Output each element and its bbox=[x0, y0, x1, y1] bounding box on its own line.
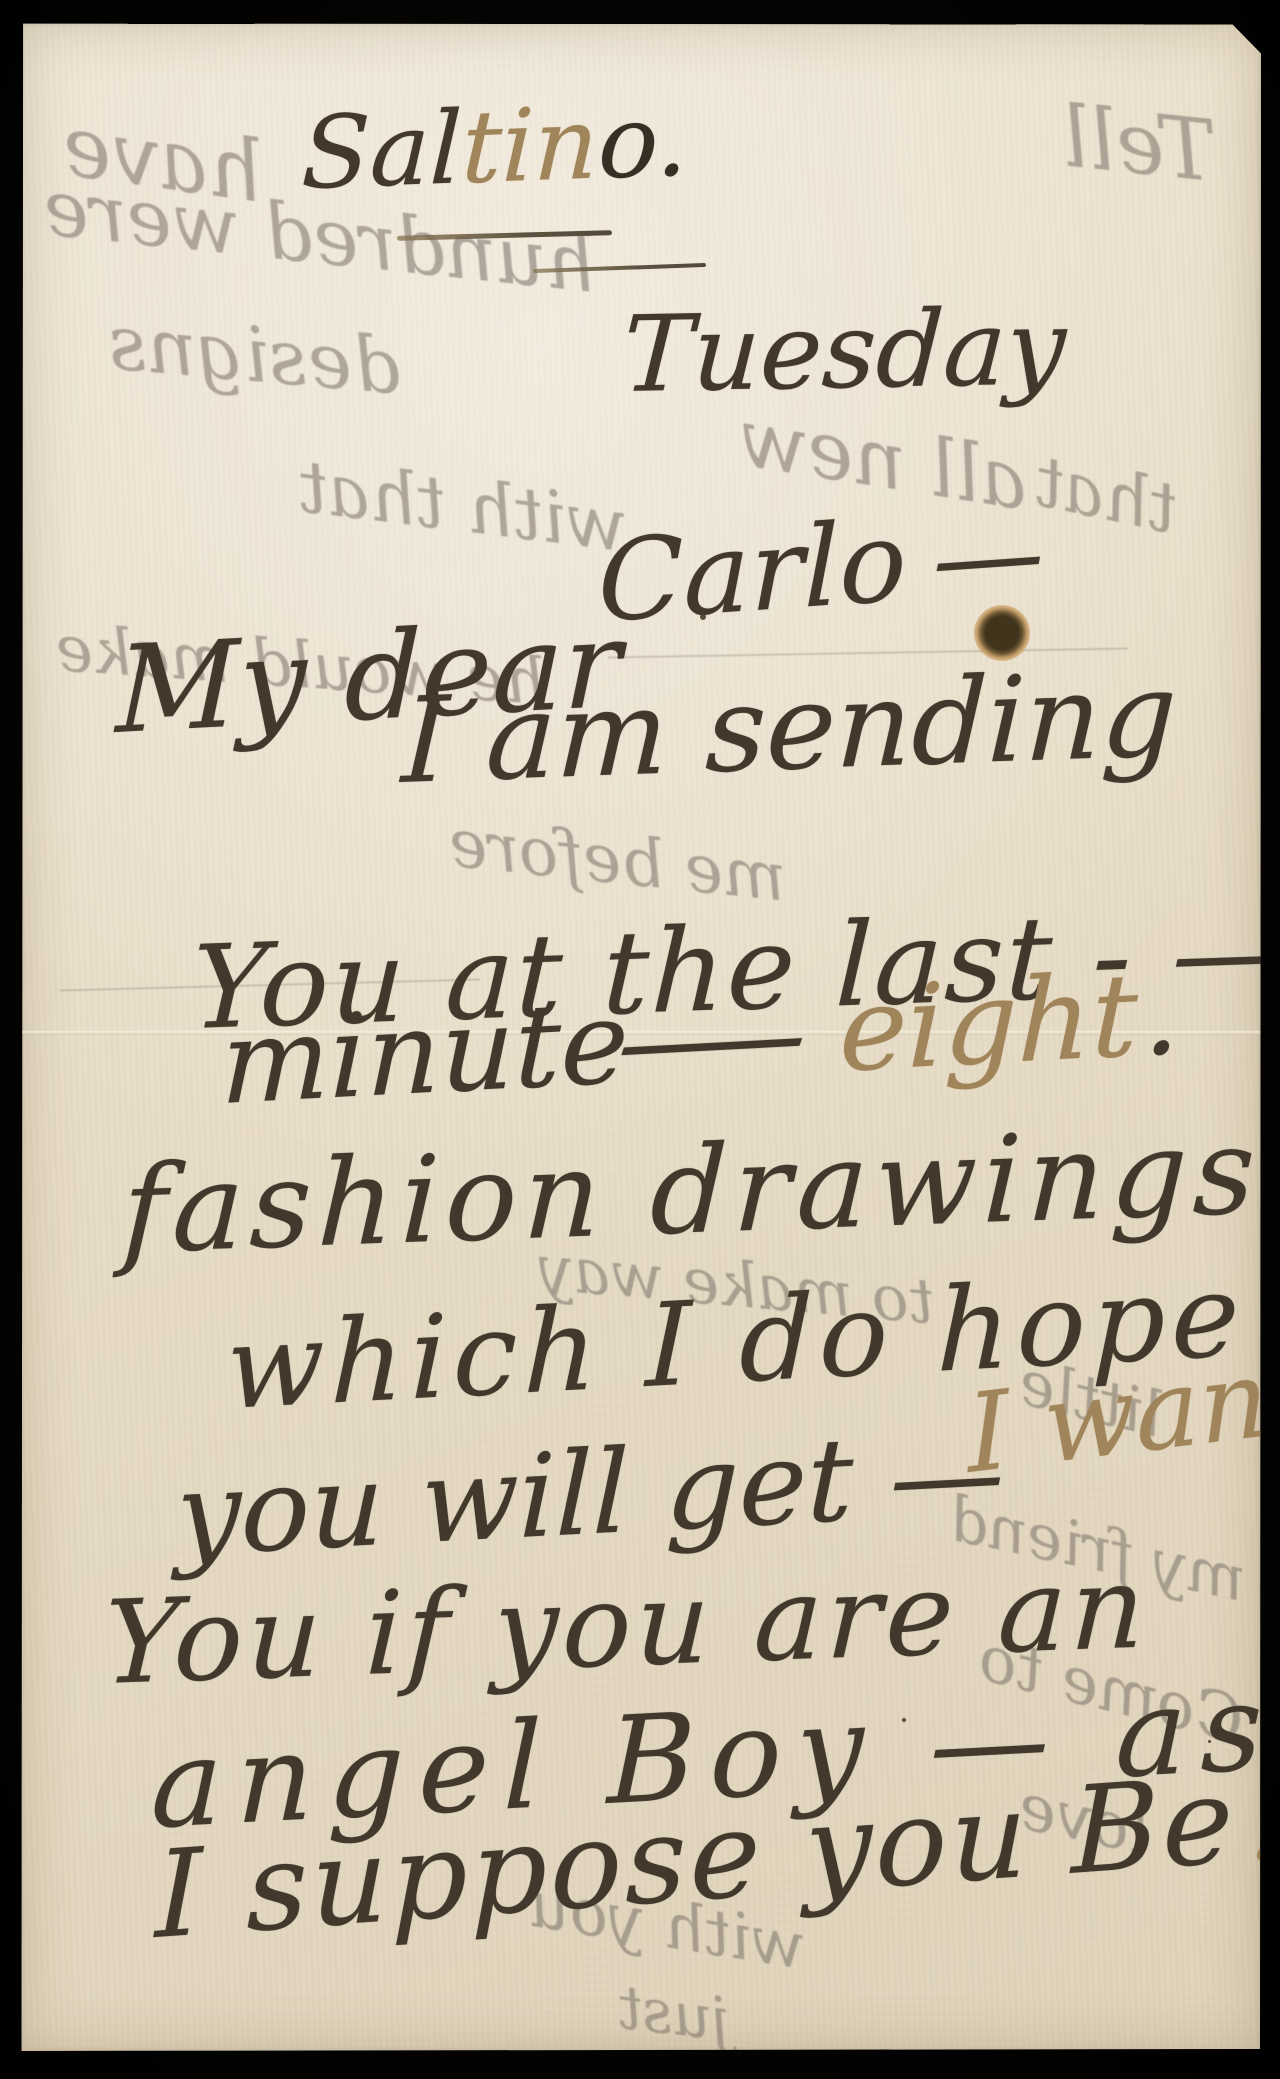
bleedthrough-line: that bbox=[1029, 446, 1184, 544]
bleedthrough-line: Tell bbox=[1058, 94, 1219, 194]
heading-part: o. bbox=[596, 81, 690, 201]
body-line-1: I am sending bbox=[400, 655, 1179, 800]
salutation-dash: — bbox=[932, 487, 1044, 625]
heading-part: Sal bbox=[300, 89, 464, 212]
bleedthrough-line: with that bbox=[295, 450, 631, 562]
bleedthrough-line: just bbox=[615, 1977, 734, 2050]
body-line-3-period: . bbox=[1143, 946, 1182, 1082]
salutation-name: Carlo— bbox=[598, 496, 1044, 639]
letter-heading: Saltino. bbox=[300, 90, 690, 204]
photo-black-background: Tell have hundred were designs all new t… bbox=[0, 0, 1280, 2079]
body-line-3-word: minute bbox=[220, 975, 630, 1131]
body-line-3-dash: — bbox=[613, 976, 810, 1101]
body-line-3-end: eight bbox=[838, 949, 1139, 1099]
body-line-9-flourish: . bbox=[1246, 1748, 1280, 1890]
body-line-4: fashion drawings bbox=[120, 1112, 1263, 1272]
heading-part: tin bbox=[460, 84, 601, 206]
letter-page: Tell have hundred were designs all new t… bbox=[20, 22, 1261, 2052]
salutation-name-text: Carlo bbox=[598, 496, 907, 648]
bleedthrough-line: designs bbox=[105, 304, 404, 405]
bleedthrough-line: me before bbox=[445, 810, 789, 911]
letter-date-line: Tuesday bbox=[620, 295, 1068, 408]
